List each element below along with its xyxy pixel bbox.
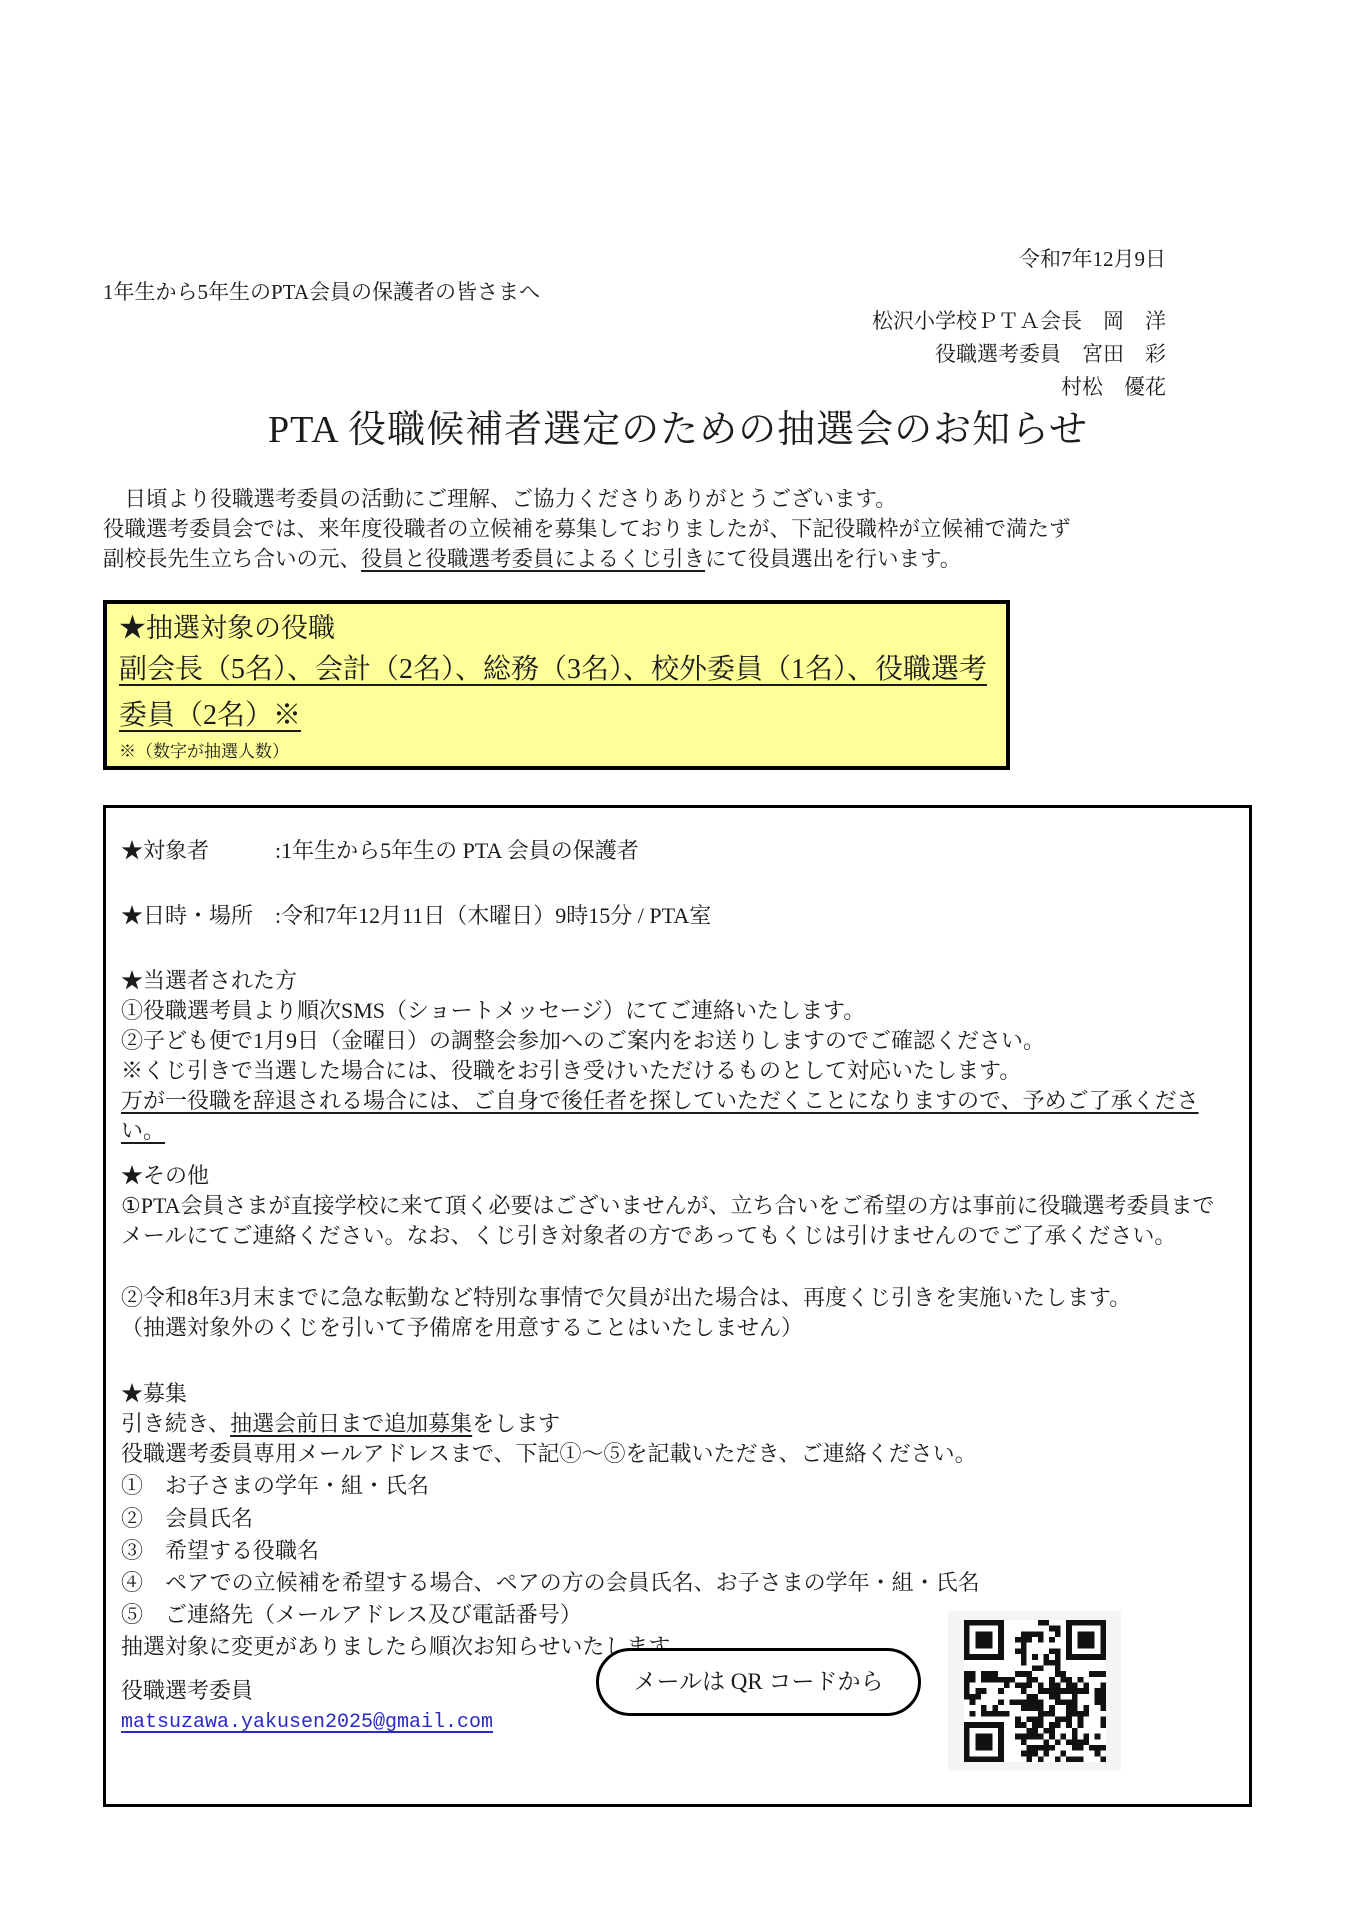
qr-instruction-label: メールは QR コードから <box>634 1667 884 1697</box>
qr-code <box>964 1620 1106 1762</box>
intro-line-3: 副校長先生立ち合いの元、役員と役職選考委員によるくじ引きにて役員選出を行います。 <box>103 544 1288 574</box>
others-item-2: ②令和8年3月末までに急な転勤など特別な事情で欠員が出た場合は、再度くじ引きを実… <box>121 1283 1236 1313</box>
qr-panel <box>948 1611 1121 1771</box>
recruit-item-3: ③ 希望する役職名 <box>121 1536 1236 1566</box>
winners-heading: ★当選者された方 <box>121 966 1236 996</box>
page-title: PTA 役職候補者選定のための抽選会のお知らせ <box>0 398 1356 453</box>
others-item-3: （抽選対象外のくじを引いて予備席を用意することはいたしません） <box>121 1313 1236 1343</box>
winners-item-2: ②子ども便で1月9日（金曜日）の調整会参加へのご案内をお送りしますのでご確認くだ… <box>121 1026 1236 1056</box>
recruit-heading: ★募集 <box>121 1379 1236 1409</box>
highlight-footnote: ※（数字が抽選人数） <box>119 741 996 763</box>
document-page: 令和7年12月9日 1年生から5年生のPTA会員の保護者の皆さまへ 松沢小学校Ｐ… <box>0 0 1356 1920</box>
sender-line-committee-1: 役職選考委員 宮田 彩 <box>872 338 1166 371</box>
lottery-roles-highlight-box: ★抽選対象の役職 副会長（5名）、会計（2名）、総務（3名）、校外委員（1名）、… <box>103 600 1010 770</box>
winners-item-1: ①役職選考員より順次SMS（ショートメッセージ）にてご連絡いたします。 <box>121 996 1236 1026</box>
recruit-item-1: ① お子さまの学年・組・氏名 <box>121 1471 1236 1501</box>
sender-line-president: 松沢小学校ＰＴＡ会長 岡 洋 <box>872 305 1166 338</box>
highlight-roles-list: 副会長（5名）、会計（2名）、総務（3名）、校外委員（1名）、役職選考委員（2名… <box>119 647 996 739</box>
intro-line-1: 日頃より役職選考委員の活動にご理解、ご協力くださりありがとうございます。 <box>103 484 1288 514</box>
intro-paragraph: 日頃より役職選考委員の活動にご理解、ご協力くださりありがとうございます。 役職選… <box>103 484 1288 574</box>
target-line: ★対象者 :1年生から5年生の PTA 会員の保護者 <box>121 836 1236 866</box>
intro-line-2: 役職選考委員会では、来年度役職者の立候補を募集しておりましたが、下記役職枠が立候… <box>103 514 1288 544</box>
intro-underlined-phrase: 役員と役職選考委員によるくじ引き <box>361 547 705 571</box>
recruit-line-2: 役職選考委員専用メールアドレスまで、下記①～⑤を記載いただき、ご連絡ください。 <box>121 1439 1236 1469</box>
winners-item-3: ※くじ引きで当選した場合には、役職をお引き受けいただけるものとして対応いたします… <box>121 1056 1236 1086</box>
sender-block: 松沢小学校ＰＴＡ会長 岡 洋 役職選考委員 宮田 彩 村松 優花 <box>872 305 1166 404</box>
recruit-item-4: ④ ペアでの立候補を希望する場合、ペアの方の会員氏名、お子さまの学年・組・氏名 <box>121 1568 1236 1598</box>
others-item-1: ①PTA会員さまが直接学校に来て頂く必要はございませんが、立ち合いをご希望の方は… <box>121 1191 1236 1251</box>
recruit-line-1: 引き続き、抽選会前日まで追加募集をします <box>121 1409 1236 1439</box>
recipient-line: 1年生から5年生のPTA会員の保護者の皆さまへ <box>103 276 540 306</box>
qr-instruction-oval: メールは QR コードから <box>596 1648 921 1716</box>
detail-box: ★対象者 :1年生から5年生の PTA 会員の保護者 ★日時・場所 :令和7年1… <box>103 805 1252 1807</box>
others-heading: ★その他 <box>121 1161 1236 1191</box>
recruit-underlined-phrase: 抽選会前日まで追加募集 <box>230 1411 472 1436</box>
datetime-line: ★日時・場所 :令和7年12月11日（木曜日）9時15分 / PTA室 <box>121 901 1236 931</box>
highlight-heading: ★抽選対象の役職 <box>119 609 996 647</box>
winners-note-underlined: 万が一役職を辞退される場合には、ご自身で後任者を探していただくことになりますので… <box>121 1086 1236 1146</box>
recruit-item-2: ② 会員氏名 <box>121 1504 1236 1534</box>
date-line: 令和7年12月9日 <box>1019 243 1166 273</box>
